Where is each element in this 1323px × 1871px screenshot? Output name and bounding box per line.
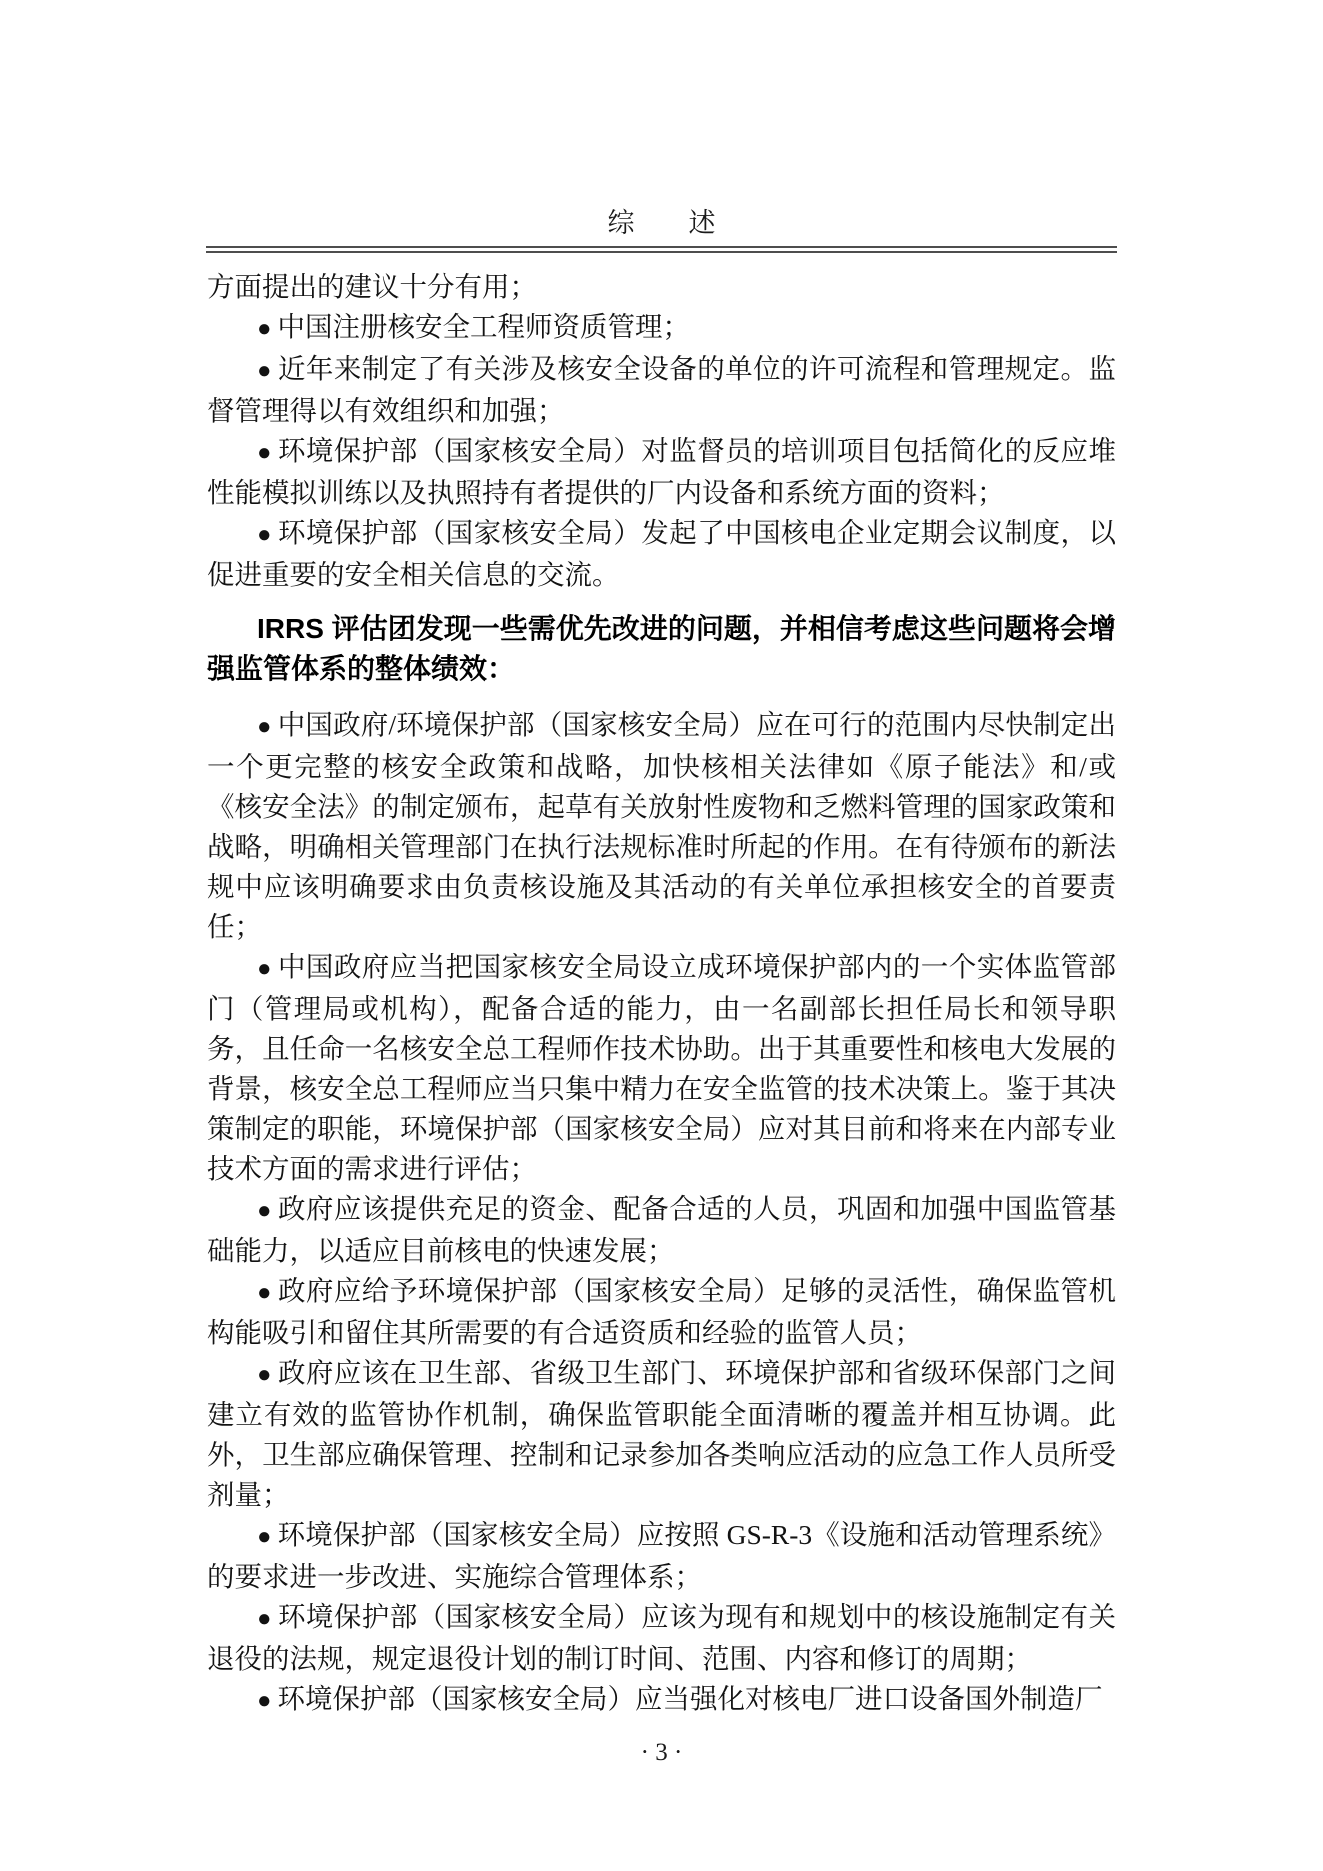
bullet-paragraph: ●政府应该提供充足的资金、配备合适的人员，巩固和加强中国监管基础能力，以适应目前… — [207, 1189, 1116, 1271]
bullet-icon: ● — [257, 1362, 272, 1388]
bullet-icon: ● — [257, 1198, 272, 1224]
document-page: 综 述 方面提出的建议十分有用； ●中国注册核安全工程师资质管理； ●近年来制定… — [0, 0, 1323, 1871]
irrs-findings-heading: IRRS 评估团发现一些需优先改进的问题，并相信考虑这些问题将会增强监管体系的整… — [207, 609, 1116, 689]
paragraph-continuation: 方面提出的建议十分有用； — [207, 267, 1116, 307]
bullet-paragraph: ●政府应该在卫生部、省级卫生部门、环境保护部和省级环保部门之间建立有效的监管协作… — [207, 1353, 1116, 1515]
paragraph-text: 中国政府/环境保护部（国家核安全局）应在可行的范围内尽快制定出一个更完整的核安全… — [207, 709, 1116, 942]
header-double-rule — [206, 246, 1117, 253]
paragraph-text: 近年来制定了有关涉及核安全设备的单位的许可流程和管理规定。监督管理得以有效组织和… — [207, 353, 1116, 426]
bullet-icon: ● — [257, 1524, 272, 1550]
bullet-paragraph: ●环境保护部（国家核安全局）对监督员的培训项目包括简化的反应堆性能模拟训练以及执… — [207, 431, 1116, 513]
bullet-paragraph: ●近年来制定了有关涉及核安全设备的单位的许可流程和管理规定。监督管理得以有效组织… — [207, 349, 1116, 431]
bullet-icon: ● — [257, 358, 272, 384]
paragraph-text: 环境保护部（国家核安全局）发起了中国核电企业定期会议制度，以促进重要的安全相关信… — [207, 517, 1116, 590]
paragraph-text: 中国注册核安全工程师资质管理； — [278, 311, 691, 342]
bullet-icon: ● — [257, 956, 272, 982]
page-number: · 3 · — [0, 1737, 1323, 1769]
bullet-icon: ● — [257, 1606, 272, 1632]
bullet-paragraph: ●政府应给予环境保护部（国家核安全局）足够的灵活性，确保监管机构能吸引和留住其所… — [207, 1271, 1116, 1353]
bullet-icon: ● — [257, 1688, 272, 1714]
paragraph-text: 环境保护部（国家核安全局）应该为现有和规划中的核设施制定有关退役的法规，规定退役… — [207, 1601, 1116, 1674]
paragraph-text: 环境保护部（国家核安全局）应当强化对核电厂进口设备国外制造厂 — [278, 1683, 1103, 1714]
document-body: 方面提出的建议十分有用； ●中国注册核安全工程师资质管理； ●近年来制定了有关涉… — [207, 267, 1116, 1721]
bullet-paragraph: ●中国注册核安全工程师资质管理； — [207, 307, 1116, 349]
paragraph-text: 政府应该提供充足的资金、配备合适的人员，巩固和加强中国监管基础能力，以适应目前核… — [207, 1193, 1116, 1266]
page-header-title: 综 述 — [0, 0, 1323, 239]
paragraph-text: 中国政府应当把国家核安全局设立成环境保护部内的一个实体监管部门（管理局或机构），… — [207, 951, 1116, 1184]
bullet-icon: ● — [257, 316, 272, 342]
bullet-paragraph: ●环境保护部（国家核安全局）应当强化对核电厂进口设备国外制造厂 — [207, 1679, 1116, 1721]
bullet-icon: ● — [257, 522, 272, 548]
bullet-paragraph: ●环境保护部（国家核安全局）发起了中国核电企业定期会议制度，以促进重要的安全相关… — [207, 513, 1116, 595]
bullet-icon: ● — [257, 1280, 272, 1306]
paragraph-text: 环境保护部（国家核安全局）对监督员的培训项目包括简化的反应堆性能模拟训练以及执照… — [207, 435, 1116, 508]
bullet-paragraph: ●环境保护部（国家核安全局）应按照 GS-R-3《设施和活动管理系统》的要求进一… — [207, 1515, 1116, 1597]
bullet-paragraph: ●中国政府/环境保护部（国家核安全局）应在可行的范围内尽快制定出一个更完整的核安… — [207, 705, 1116, 947]
bullet-icon: ● — [257, 440, 272, 466]
paragraph-text: 环境保护部（国家核安全局）应按照 GS-R-3《设施和活动管理系统》的要求进一步… — [207, 1519, 1116, 1592]
bullet-paragraph: ●中国政府应当把国家核安全局设立成环境保护部内的一个实体监管部门（管理局或机构）… — [207, 947, 1116, 1189]
bullet-paragraph: ●环境保护部（国家核安全局）应该为现有和规划中的核设施制定有关退役的法规，规定退… — [207, 1597, 1116, 1679]
bullet-icon: ● — [257, 714, 272, 740]
paragraph-text: 政府应该在卫生部、省级卫生部门、环境保护部和省级环保部门之间建立有效的监管协作机… — [207, 1357, 1116, 1510]
paragraph-text: 政府应给予环境保护部（国家核安全局）足够的灵活性，确保监管机构能吸引和留住其所需… — [207, 1275, 1116, 1348]
